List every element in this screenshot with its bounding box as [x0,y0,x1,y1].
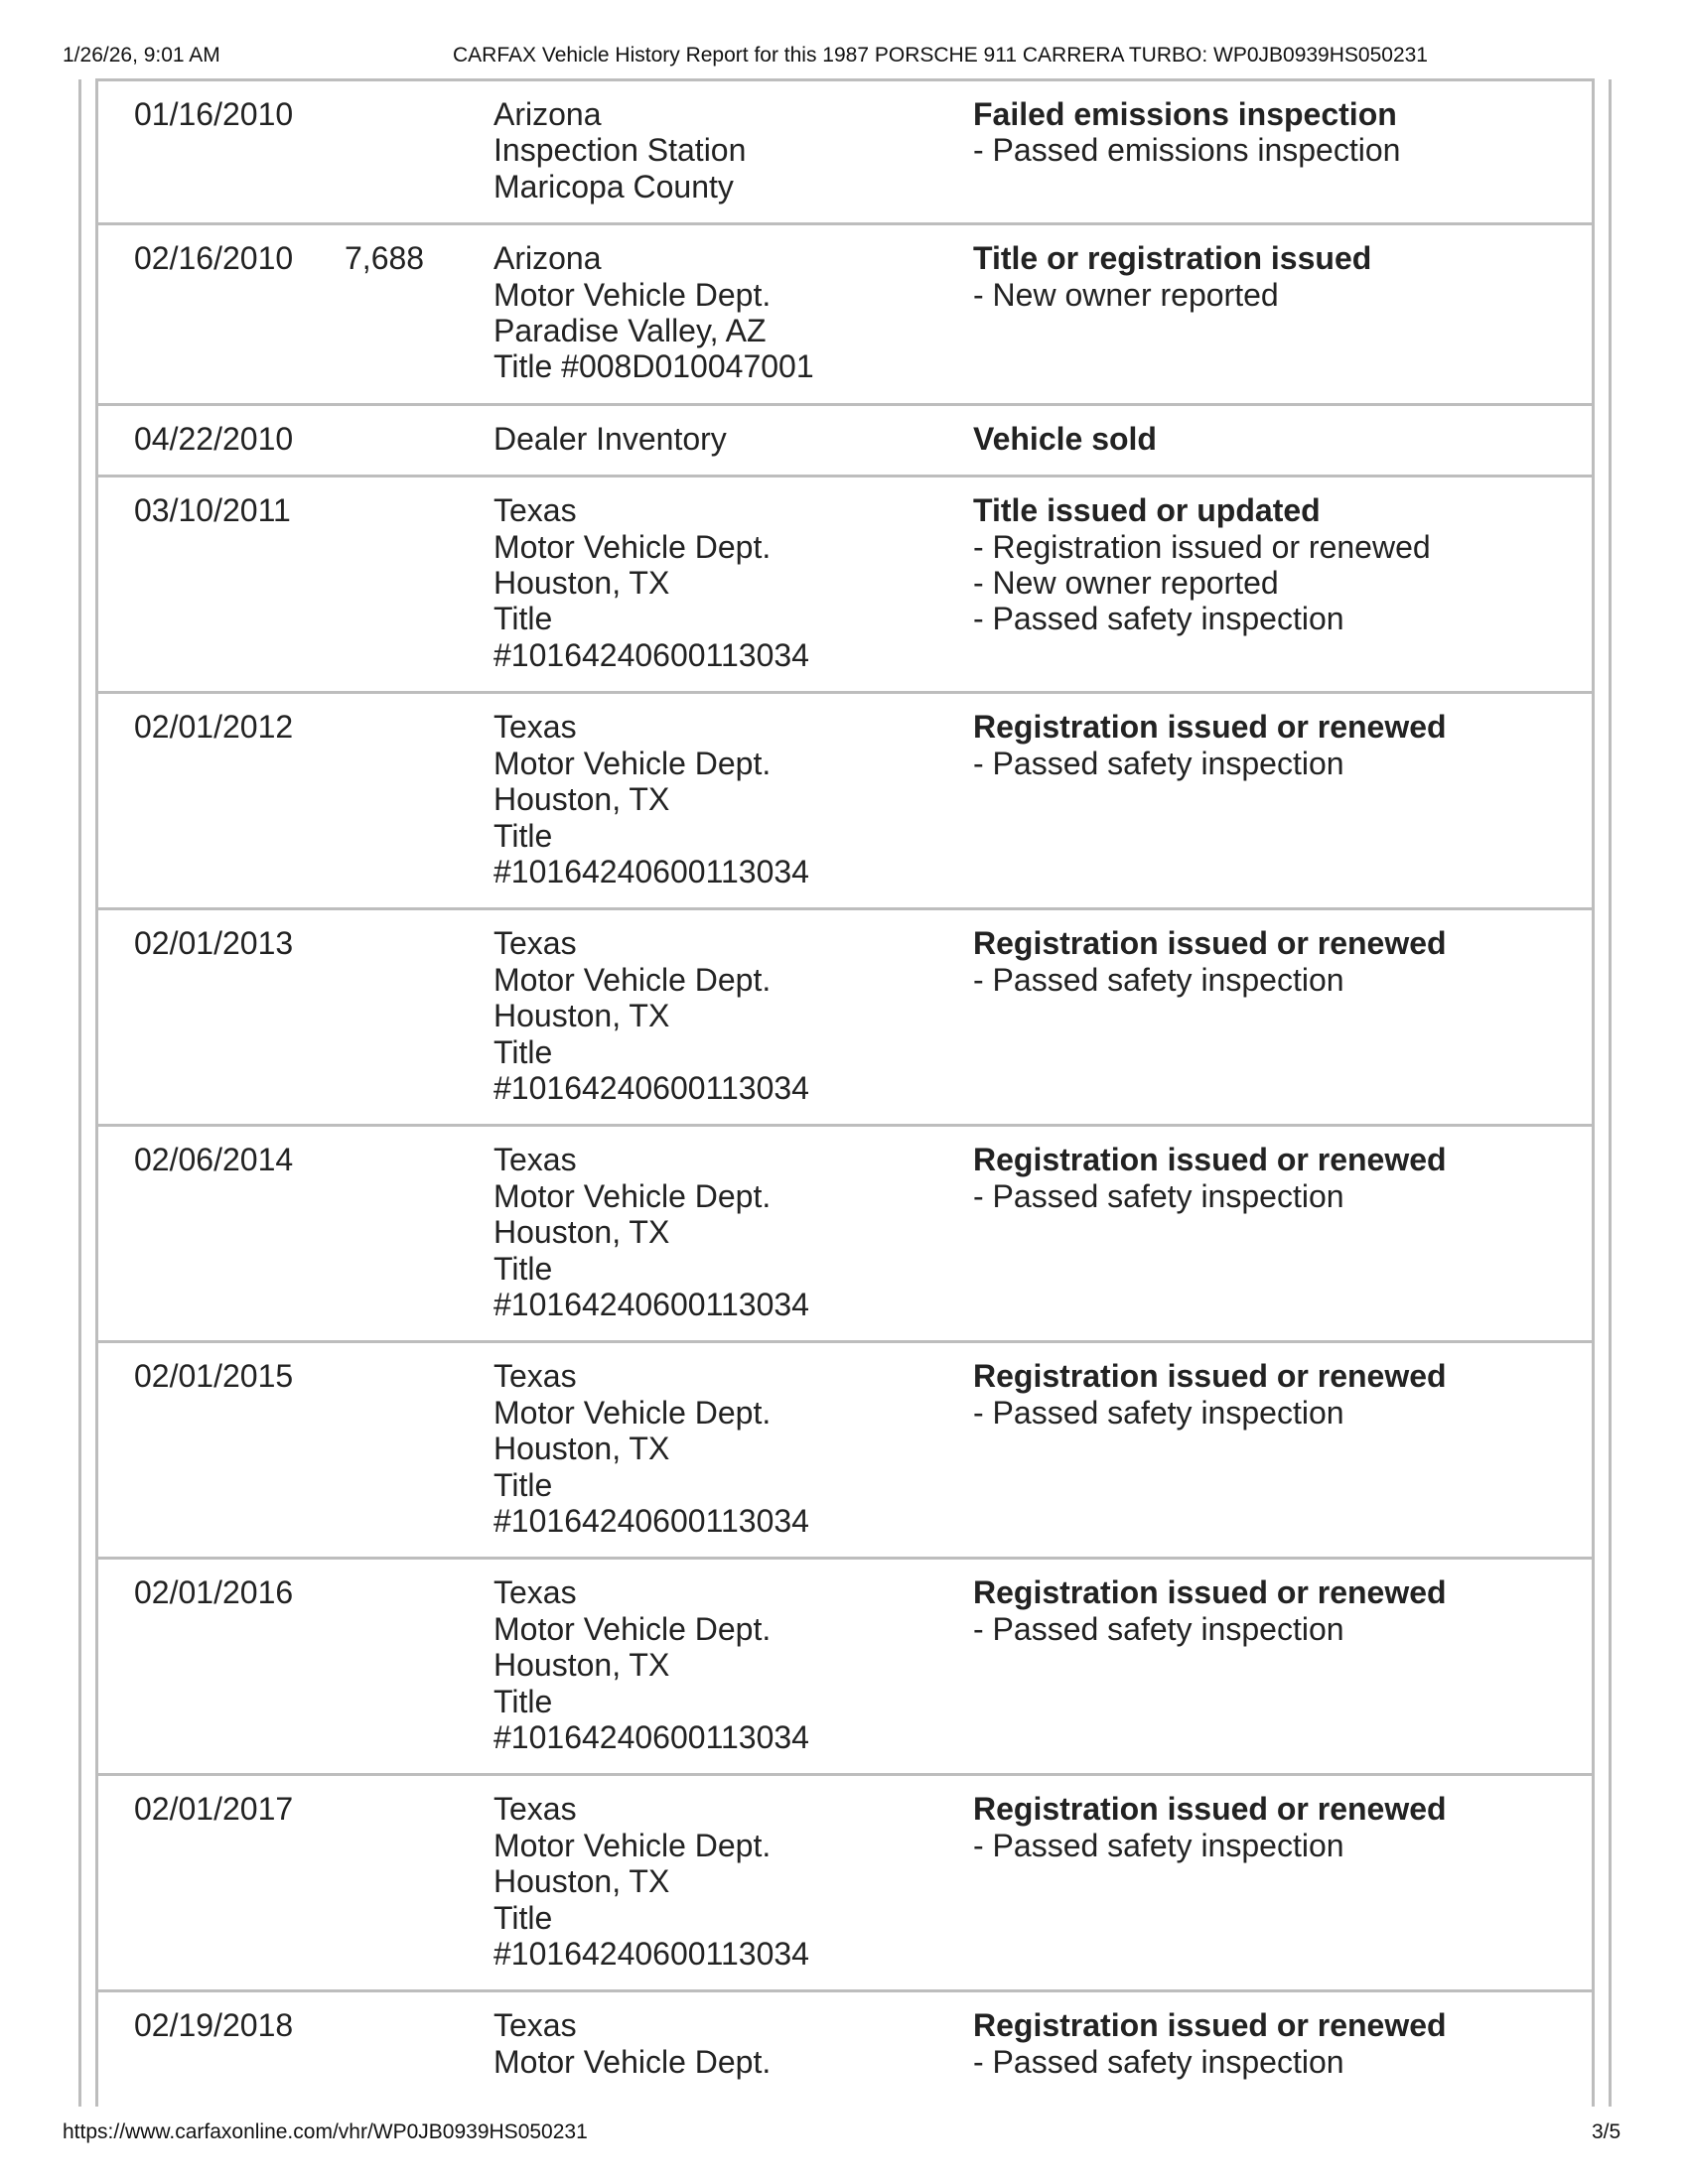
source-line: Houston, TX [493,1863,970,1899]
dash-bullet: - [973,1178,993,1214]
source-line: Paradise Valley, AZ [493,313,970,348]
record-comments: Title or registration issued- New owner … [973,240,1371,313]
dash-bullet: - [973,1395,993,1431]
dash-bullet: - [973,277,993,313]
source-line: Title [493,1251,970,1287]
record-comments: Registration issued or renewed- Passed s… [973,1358,1447,1431]
event-detail-text: Passed safety inspection [993,2044,1344,2080]
source-line: Houston, TX [493,1214,970,1250]
footer-url[interactable]: https://www.carfaxonline.com/vhr/WP0JB09… [63,2120,588,2144]
record-comments: Registration issued or renewed- Passed s… [973,1574,1447,1647]
source-line: Motor Vehicle Dept. [493,1178,970,1214]
event-title: Registration issued or renewed [973,925,1447,961]
record-date: 02/16/2010 [134,240,293,276]
dash-bullet: - [973,962,993,998]
event-title: Registration issued or renewed [973,1142,1447,1177]
record-source: TexasMotor Vehicle Dept.Houston, TXTitle… [493,1574,970,1755]
event-title: Registration issued or renewed [973,1358,1447,1394]
event-detail-text: New owner reported [993,565,1279,601]
record-date: 02/01/2017 [134,1791,293,1827]
source-line: Arizona [493,240,970,276]
print-datetime: 1/26/26, 9:01 AM [63,44,220,68]
dash-bullet: - [973,1611,993,1647]
source-line: Dealer Inventory [493,421,970,457]
dash-bullet: - [973,601,993,636]
source-line: #10164240600113034 [493,1287,970,1322]
event-detail: - Passed emissions inspection [973,132,1400,168]
record-row: 04/22/2010Dealer InventoryVehicle sold [98,403,1592,475]
event-detail: - Passed safety inspection [973,601,1431,636]
event-detail: - Passed safety inspection [973,1178,1447,1214]
event-detail-text: New owner reported [993,277,1279,313]
record-row: 02/01/2016TexasMotor Vehicle Dept.Housto… [98,1557,1592,1773]
source-line: Motor Vehicle Dept. [493,529,970,565]
record-date: 02/19/2018 [134,2007,293,2043]
record-source: ArizonaInspection StationMaricopa County [493,96,970,205]
source-line: Motor Vehicle Dept. [493,2044,970,2080]
record-source: TexasMotor Vehicle Dept.Houston, TXTitle… [493,925,970,1106]
source-line: Houston, TX [493,1431,970,1466]
record-comments: Registration issued or renewed- Passed s… [973,2007,1447,2080]
event-detail-text: Passed safety inspection [993,1828,1344,1863]
source-line: #10164240600113034 [493,1503,970,1539]
record-row: 02/01/2013TexasMotor Vehicle Dept.Housto… [98,907,1592,1124]
record-date: 01/16/2010 [134,96,293,132]
record-source: Dealer Inventory [493,421,970,457]
outer-border-right [1609,79,1612,2107]
source-line: Title [493,601,970,636]
event-detail-text: Registration issued or renewed [993,529,1431,565]
event-detail-text: Passed safety inspection [993,1395,1344,1431]
source-line: #10164240600113034 [493,637,970,673]
event-detail-text: Passed safety inspection [993,1611,1344,1647]
source-line: Texas [493,1791,970,1827]
source-line: #10164240600113034 [493,1719,970,1755]
event-detail-text: Passed safety inspection [993,1178,1344,1214]
source-line: Houston, TX [493,781,970,817]
source-line: #10164240600113034 [493,854,970,889]
event-detail: - Registration issued or renewed [973,529,1431,565]
event-title: Vehicle sold [973,421,1157,457]
event-title: Registration issued or renewed [973,1574,1447,1610]
record-comments: Registration issued or renewed- Passed s… [973,925,1447,998]
source-line: #10164240600113034 [493,1936,970,1972]
source-line: Houston, TX [493,998,970,1033]
record-source: TexasMotor Vehicle Dept. [493,2007,970,2080]
record-row: 01/16/2010ArizonaInspection StationMaric… [98,78,1592,222]
event-title: Registration issued or renewed [973,1791,1447,1827]
source-line: Houston, TX [493,565,970,601]
event-title: Registration issued or renewed [973,709,1447,745]
record-date: 02/01/2015 [134,1358,293,1394]
history-records-table: 01/16/2010ArizonaInspection StationMaric… [95,78,1595,2107]
record-source: TexasMotor Vehicle Dept.Houston, TXTitle… [493,1358,970,1539]
record-comments: Failed emissions inspection- Passed emis… [973,96,1400,169]
source-line: #10164240600113034 [493,1070,970,1106]
source-line: Motor Vehicle Dept. [493,277,970,313]
event-detail: - Passed safety inspection [973,1395,1447,1431]
event-detail: - Passed safety inspection [973,962,1447,998]
record-date: 02/06/2014 [134,1142,293,1177]
source-line: Title [493,1684,970,1719]
event-title: Failed emissions inspection [973,96,1400,132]
source-line: Arizona [493,96,970,132]
outer-border-left [78,79,81,2107]
source-line: Title [493,1034,970,1070]
record-comments: Title issued or updated- Registration is… [973,492,1431,637]
page-number: 3/5 [1592,2120,1620,2144]
event-title: Title issued or updated [973,492,1431,528]
record-row: 02/19/2018TexasMotor Vehicle Dept.Regist… [98,1989,1592,2098]
page-title: CARFAX Vehicle History Report for this 1… [453,44,1428,68]
source-line: Motor Vehicle Dept. [493,1611,970,1647]
source-line: Title [493,1900,970,1936]
source-line: Motor Vehicle Dept. [493,1395,970,1431]
record-comments: Registration issued or renewed- Passed s… [973,709,1447,781]
record-row: 02/01/2017TexasMotor Vehicle Dept.Housto… [98,1773,1592,1989]
record-date: 04/22/2010 [134,421,293,457]
event-detail-text: Passed safety inspection [993,962,1344,998]
source-line: Motor Vehicle Dept. [493,1828,970,1863]
record-comments: Registration issued or renewed- Passed s… [973,1142,1447,1214]
source-line: Texas [493,492,970,528]
record-date: 02/01/2016 [134,1574,293,1610]
record-source: TexasMotor Vehicle Dept.Houston, TXTitle… [493,492,970,673]
record-date: 03/10/2011 [134,492,291,528]
record-date: 02/01/2012 [134,709,293,745]
record-source: TexasMotor Vehicle Dept.Houston, TXTitle… [493,1791,970,1972]
dash-bullet: - [973,132,993,168]
record-row: 02/16/20107,688ArizonaMotor Vehicle Dept… [98,222,1592,403]
source-line: Texas [493,1142,970,1177]
event-title: Title or registration issued [973,240,1371,276]
event-detail: - New owner reported [973,277,1371,313]
source-line: Texas [493,1574,970,1610]
record-row: 03/10/2011TexasMotor Vehicle Dept.Housto… [98,475,1592,691]
source-line: Texas [493,2007,970,2043]
event-detail: - Passed safety inspection [973,1828,1447,1863]
record-source: TexasMotor Vehicle Dept.Houston, TXTitle… [493,709,970,889]
dash-bullet: - [973,1828,993,1863]
dash-bullet: - [973,2044,993,2080]
record-row: 02/01/2012TexasMotor Vehicle Dept.Housto… [98,691,1592,907]
dash-bullet: - [973,565,993,601]
source-line: Texas [493,1358,970,1394]
event-detail-text: Passed safety inspection [993,601,1344,636]
record-comments: Vehicle sold [973,421,1157,457]
source-line: Maricopa County [493,169,970,205]
event-title: Registration issued or renewed [973,2007,1447,2043]
record-source: TexasMotor Vehicle Dept.Houston, TXTitle… [493,1142,970,1322]
event-detail-text: Passed safety inspection [993,746,1344,781]
record-odometer: 7,688 [345,240,424,276]
dash-bullet: - [973,529,993,565]
source-line: Inspection Station [493,132,970,168]
dash-bullet: - [973,746,993,781]
event-detail: - New owner reported [973,565,1431,601]
record-source: ArizonaMotor Vehicle Dept.Paradise Valle… [493,240,970,385]
source-line: Texas [493,925,970,961]
record-comments: Registration issued or renewed- Passed s… [973,1791,1447,1863]
event-detail: - Passed safety inspection [973,1611,1447,1647]
source-line: Houston, TX [493,1647,970,1683]
source-line: Title [493,818,970,854]
source-line: Texas [493,709,970,745]
event-detail-text: Passed emissions inspection [993,132,1401,168]
record-row: 02/01/2015TexasMotor Vehicle Dept.Housto… [98,1340,1592,1557]
source-line: Motor Vehicle Dept. [493,962,970,998]
source-line: Title #008D010047001 [493,348,970,384]
source-line: Motor Vehicle Dept. [493,746,970,781]
record-row: 02/06/2014TexasMotor Vehicle Dept.Housto… [98,1124,1592,1340]
record-date: 02/01/2013 [134,925,293,961]
source-line: Title [493,1467,970,1503]
event-detail: - Passed safety inspection [973,746,1447,781]
event-detail: - Passed safety inspection [973,2044,1447,2080]
